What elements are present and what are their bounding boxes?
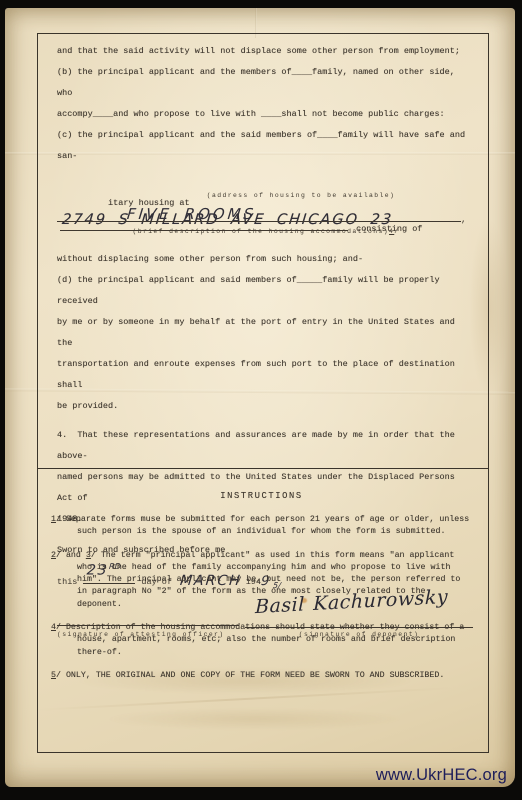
- affidavit-line-d4: be provided.: [57, 396, 475, 417]
- affidavit-line-d: (d) the principal applicant and said mem…: [57, 270, 475, 312]
- affidavit-line-b: (b) the principal applicant and the memb…: [57, 62, 475, 104]
- affidavit-line-c: (c) the principal applicant and the said…: [57, 125, 475, 167]
- affidavit-line-employment: and that the said activity will not disp…: [57, 41, 475, 62]
- housing-address-line: itary housing at2749 S MILLARD AVE CHICA…: [57, 167, 475, 191]
- scan-background: and that the said activity will not disp…: [0, 0, 522, 800]
- form-border-box: and that the said activity will not disp…: [37, 33, 489, 753]
- instruction-item-4: 4/ Description of the housing accommodat…: [51, 622, 472, 659]
- instruction-item-2: 2/ and 3/ The term "principal applicant"…: [51, 550, 472, 611]
- instruction-body-2: The term "principal applicant" as used i…: [77, 551, 465, 609]
- instruction-item-1: 1/ Separate forms muse be submitted for …: [51, 514, 472, 539]
- instruction-body-5: ONLY, THE ORIGINAL AND ONE COPY OF THE F…: [66, 671, 444, 680]
- section-divider-line: [38, 468, 488, 469]
- instruction-body-1: Separate forms muse be submitted for eac…: [66, 515, 474, 536]
- scanned-document: { "scan": { "watermark": "www.UkrHEC.org…: [0, 0, 522, 800]
- rooms-handwritten-value: FIVE ROOMS: [126, 205, 257, 223]
- affidavit-line-d2: by me or by someone in my behalf at the …: [57, 312, 475, 354]
- rooms-trailing-comma: ,: [461, 215, 466, 225]
- rooms-caption-footnote-slash: /: [394, 228, 399, 235]
- housing-description-line: FIVE ROOMS,: [57, 203, 475, 227]
- affidavit-line-d3: transportation and enroute expenses from…: [57, 354, 475, 396]
- instructions-title: INSTRUCTIONS: [51, 491, 472, 501]
- address-caption: (address of housing to be available): [157, 191, 445, 201]
- footnote-joiner: and: [61, 551, 86, 560]
- instructions-section: INSTRUCTIONS 1/ Separate forms muse be s…: [38, 470, 488, 752]
- spacer: [57, 241, 475, 249]
- paper-sheet: and that the said activity will not disp…: [5, 8, 515, 787]
- affidavit-line-accompany: accompy____and who propose to live with …: [57, 104, 475, 125]
- spacer: [57, 417, 475, 425]
- instruction-body-4: Description of the housing accommodation…: [66, 623, 469, 657]
- paragraph4-line1: 4. That these representations and assura…: [57, 425, 475, 467]
- ukrhec-watermark-url: www.UkrHEC.org: [376, 766, 507, 785]
- affidavit-line-without: without displacing some other person fro…: [57, 249, 475, 270]
- rooms-blank-field: FIVE ROOMS: [57, 203, 461, 222]
- instruction-item-5: 5/ ONLY, THE ORIGINAL AND ONE COPY OF TH…: [51, 670, 472, 682]
